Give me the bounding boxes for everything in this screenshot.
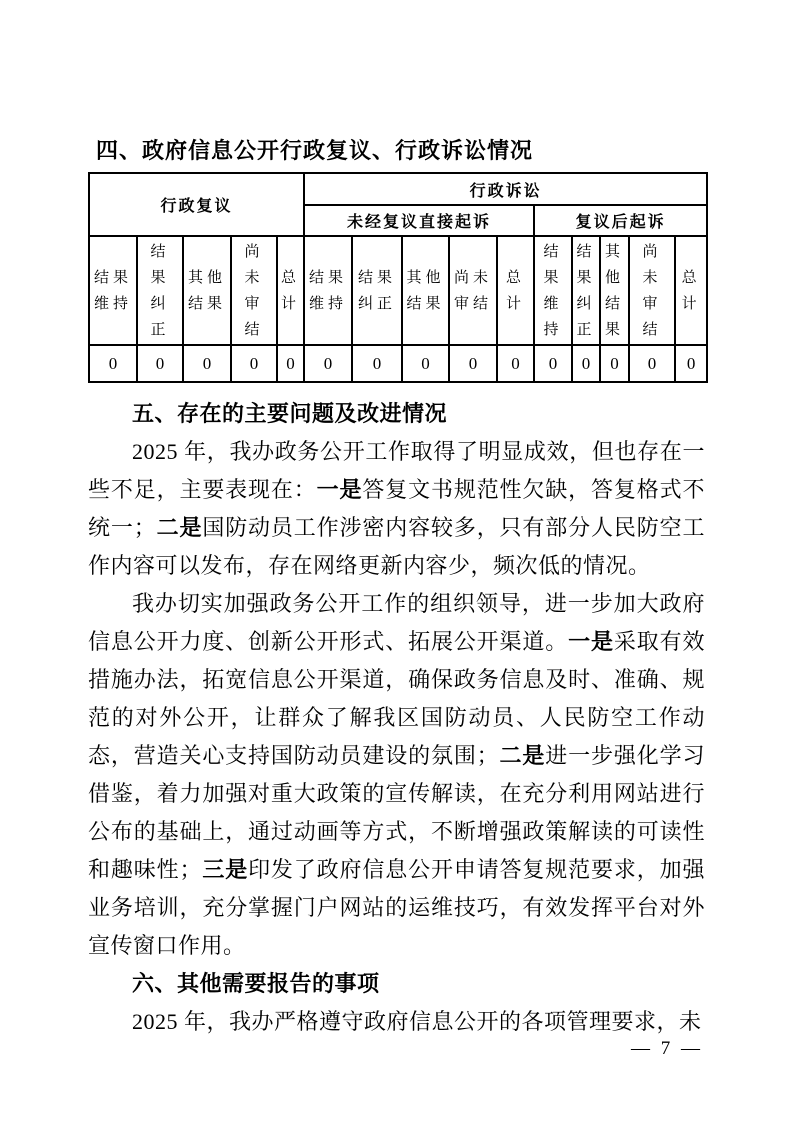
column-header: 尚 未 审 结 (629, 236, 675, 345)
table-value: 0 (600, 345, 629, 382)
page-number: — 7 — (631, 1038, 703, 1060)
column-header: 其他 结果 (402, 236, 449, 345)
group-header-direct-lawsuit: 未经复议直接起诉 (304, 205, 534, 236)
column-header: 尚 未 审 结 (231, 236, 277, 345)
column-header: 总 计 (497, 236, 534, 345)
document-page: 四、政府信息公开行政复议、行政诉讼情况 行政复议 行政诉讼 未经复议直接起诉 复… (0, 0, 793, 1122)
table-value: 0 (534, 345, 572, 382)
section5-heading: 五、存在的主要问题及改进情况 (88, 395, 705, 433)
column-header: 总 计 (675, 236, 707, 345)
table-value: 0 (352, 345, 402, 382)
table-value: 0 (137, 345, 183, 382)
section6-heading: 六、其他需要报告的事项 (88, 965, 705, 1003)
table-value: 0 (183, 345, 231, 382)
table-value: 0 (449, 345, 497, 382)
group-header-administrative-review: 行政复议 (89, 173, 304, 236)
column-header: 总 计 (277, 236, 304, 345)
table-value: 0 (89, 345, 137, 382)
section5-paragraph-2: 我办切实加强政务公开工作的组织领导，进一步加大政府信息公开力度、创新公开形式、拓… (88, 585, 705, 965)
section5-paragraph-1: 2025 年，我办政务公开工作取得了明显成效，但也存在一些不足，主要表现在：一是… (88, 433, 705, 585)
column-header: 尚未 审结 (449, 236, 497, 345)
table-value: 0 (572, 345, 600, 382)
table-value: 0 (497, 345, 534, 382)
column-header: 其他 结果 (183, 236, 231, 345)
column-header: 结果 纠正 (352, 236, 402, 345)
section6-paragraph-1: 2025 年，我办严格遵守政府信息公开的各项管理要求，未 (88, 1003, 705, 1041)
table-value: 0 (629, 345, 675, 382)
table-value: 0 (304, 345, 352, 382)
table-value: 0 (277, 345, 304, 382)
column-header: 结果 维持 (304, 236, 352, 345)
column-header: 结果 维持 (89, 236, 137, 345)
group-header-after-review-lawsuit: 复议后起诉 (534, 205, 707, 236)
table-value: 0 (231, 345, 277, 382)
column-header: 结 果 维 持 (534, 236, 572, 345)
column-header: 结 果 纠 正 (572, 236, 600, 345)
column-header: 其 他 结 果 (600, 236, 629, 345)
table-value: 0 (675, 345, 707, 382)
table-value: 0 (402, 345, 449, 382)
admin-review-litigation-table: 行政复议 行政诉讼 未经复议直接起诉 复议后起诉 结果 维持 结 果 纠 正 其… (88, 172, 708, 383)
column-header: 结 果 纠 正 (137, 236, 183, 345)
group-header-administrative-litigation: 行政诉讼 (304, 173, 707, 205)
section4-heading: 四、政府信息公开行政复议、行政诉讼情况 (88, 136, 705, 166)
